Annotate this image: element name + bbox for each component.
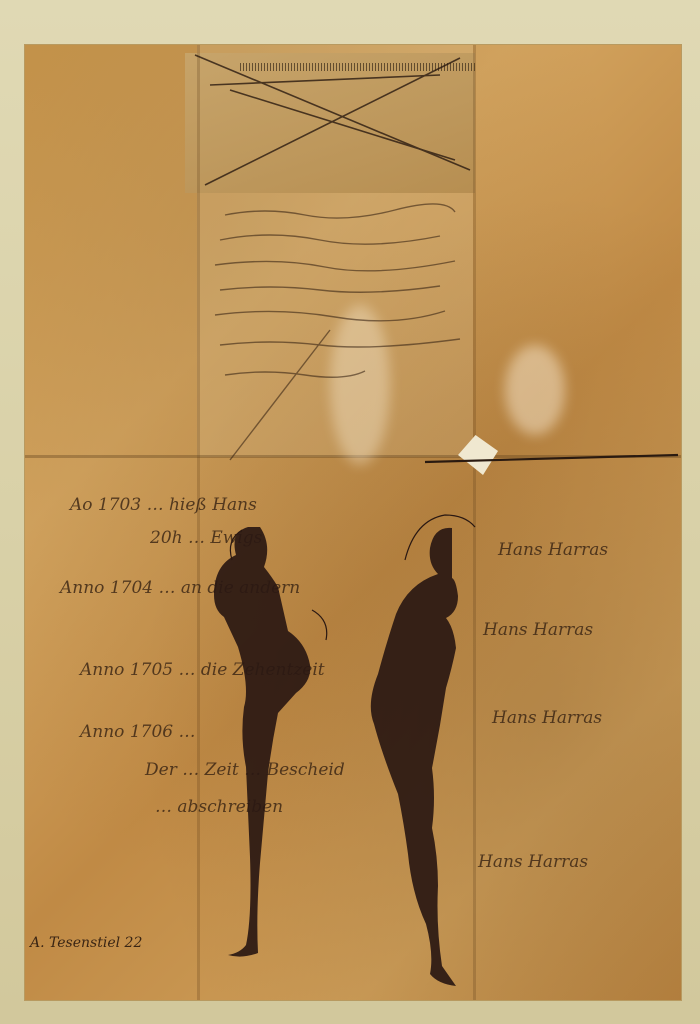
cross-strokes — [195, 55, 470, 185]
artist-signature: A. Tesenstiel 22 — [30, 935, 142, 951]
left-figure — [214, 527, 310, 957]
artwork-mat: faint pencil inscription Ao 1703 … hieß … — [0, 0, 700, 1024]
right-figure — [371, 528, 458, 986]
horizontal-ink-stroke — [425, 455, 678, 462]
ink-drawing — [0, 0, 700, 1024]
upper-script — [215, 204, 460, 460]
